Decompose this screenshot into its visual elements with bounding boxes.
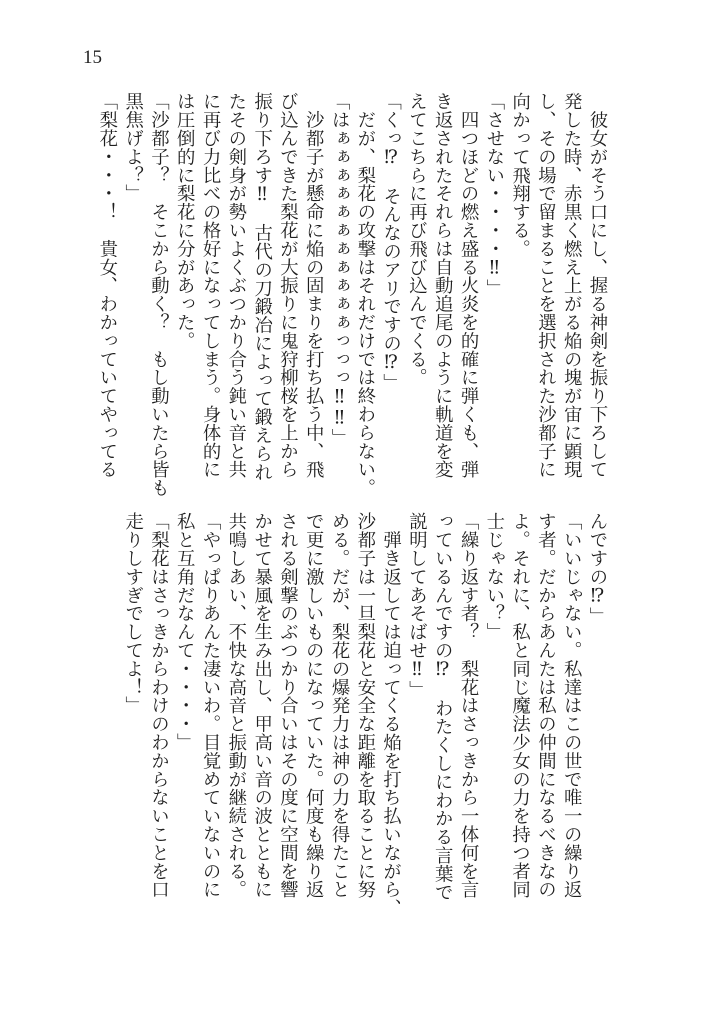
- text-line: 「はぁぁぁぁぁぁぁぁぁぁぁっっっ‼‼」: [326, 92, 352, 480]
- text-line: 「梨花はさっきからわけのわからないことを口: [146, 512, 172, 902]
- text-line: 彼女がそう口にし、握る神剣を振り下ろして: [584, 92, 610, 480]
- text-line: び込んできた梨花が大振りに鬼狩柳桜を上から: [275, 92, 301, 480]
- text-line: 「させない・・・・‼」: [481, 92, 507, 480]
- text-line: んですの⁉」: [584, 512, 610, 902]
- text-line: 説明してあそばせ‼」: [404, 512, 430, 902]
- text-line: で更に激しいものになっていた。何度も繰り返: [300, 512, 326, 902]
- text-line: っているんですの⁉ わたくしにわかる言葉で: [429, 512, 455, 902]
- text-line: き返されたそれらは自動追尾のように軌道を変: [429, 92, 455, 480]
- text-line: 共鳴しあい、不快な高音と振動が継続される。: [223, 512, 249, 902]
- text-line: だが、梨花の攻撃はそれだけでは終わらない。: [352, 92, 378, 480]
- text-line: す者。だからあんたは私の仲間になるべきなの: [533, 512, 559, 902]
- text-line: 「梨花・・・！ 貴女、わかっていてやってる: [94, 92, 120, 480]
- text-line: 沙都子が懸命に焔の固まりを打ち払う中、飛: [300, 92, 326, 480]
- text-line: たその剣身が勢いよくぶつかり合う鈍い音と共: [223, 92, 249, 480]
- text-line: める。だが、梨花の爆発力は神の力を得たこと: [326, 512, 352, 902]
- text-line: 黒焦げよ？」: [120, 92, 146, 480]
- text-line: 「いいじゃない。私達はこの世で唯一の繰り返: [558, 512, 584, 902]
- text-line: えてこちらに再び飛び込んでくる。: [404, 92, 430, 480]
- text-line: に再び力比べの格好になってしまう。身体的に: [197, 92, 223, 480]
- text-line: よ。それに、私と同じ魔法少女の力を持つ者同: [507, 512, 533, 902]
- text-line: 私と互角だなんて・・・・」: [171, 512, 197, 902]
- text-line: は圧倒的に梨花に分があった。: [171, 92, 197, 480]
- text-line: 士じゃない？」: [481, 512, 507, 902]
- text-line: 「くっ⁉ そんなのアリですの⁉」: [378, 92, 404, 480]
- text-line: 沙都子は一旦梨花と安全な距離を取ることに努: [352, 512, 378, 902]
- text-line: 走りしすぎでしてよ！」: [120, 512, 146, 902]
- text-line: 「沙都子？ そこから動く？ もし動いたら皆も: [146, 92, 172, 480]
- text-line: 四つほどの燃え盛る火炎を的確に弾くも、弾: [455, 92, 481, 480]
- text-line: かせて暴風を生み出し、甲高い音の波とともに: [249, 512, 275, 902]
- text-line: 「やっぱりあんた凄いわ。目覚めていないのに: [197, 512, 223, 902]
- text-line: 発した時、赤黒く燃え上がる焔の塊が宙に顕現: [558, 92, 584, 480]
- top-text-block: 彼女がそう口にし、握る神剣を振り下ろして 発した時、赤黒く燃え上がる焔の塊が宙に…: [94, 92, 610, 480]
- text-line: される剣撃のぶつかり合いはその度に空間を響: [275, 512, 301, 902]
- text-line: 振り下ろす‼ 古代の刀鍛冶によって鍛えられ: [249, 92, 275, 480]
- text-line: 「繰り返す者？ 梨花はさっきから一体何を言: [455, 512, 481, 902]
- text-line: 弾き返しては迫ってくる焔を打ち払いながら、: [378, 512, 404, 902]
- text-line: 向かって飛翔する。: [507, 92, 533, 480]
- bottom-text-block: んですの⁉」 「いいじゃない。私達はこの世で唯一の繰り返 す者。だからあんたは私…: [120, 512, 610, 902]
- text-line: し、その場で留まることを選択された沙都子に: [533, 92, 559, 480]
- page-number: 15: [83, 48, 102, 67]
